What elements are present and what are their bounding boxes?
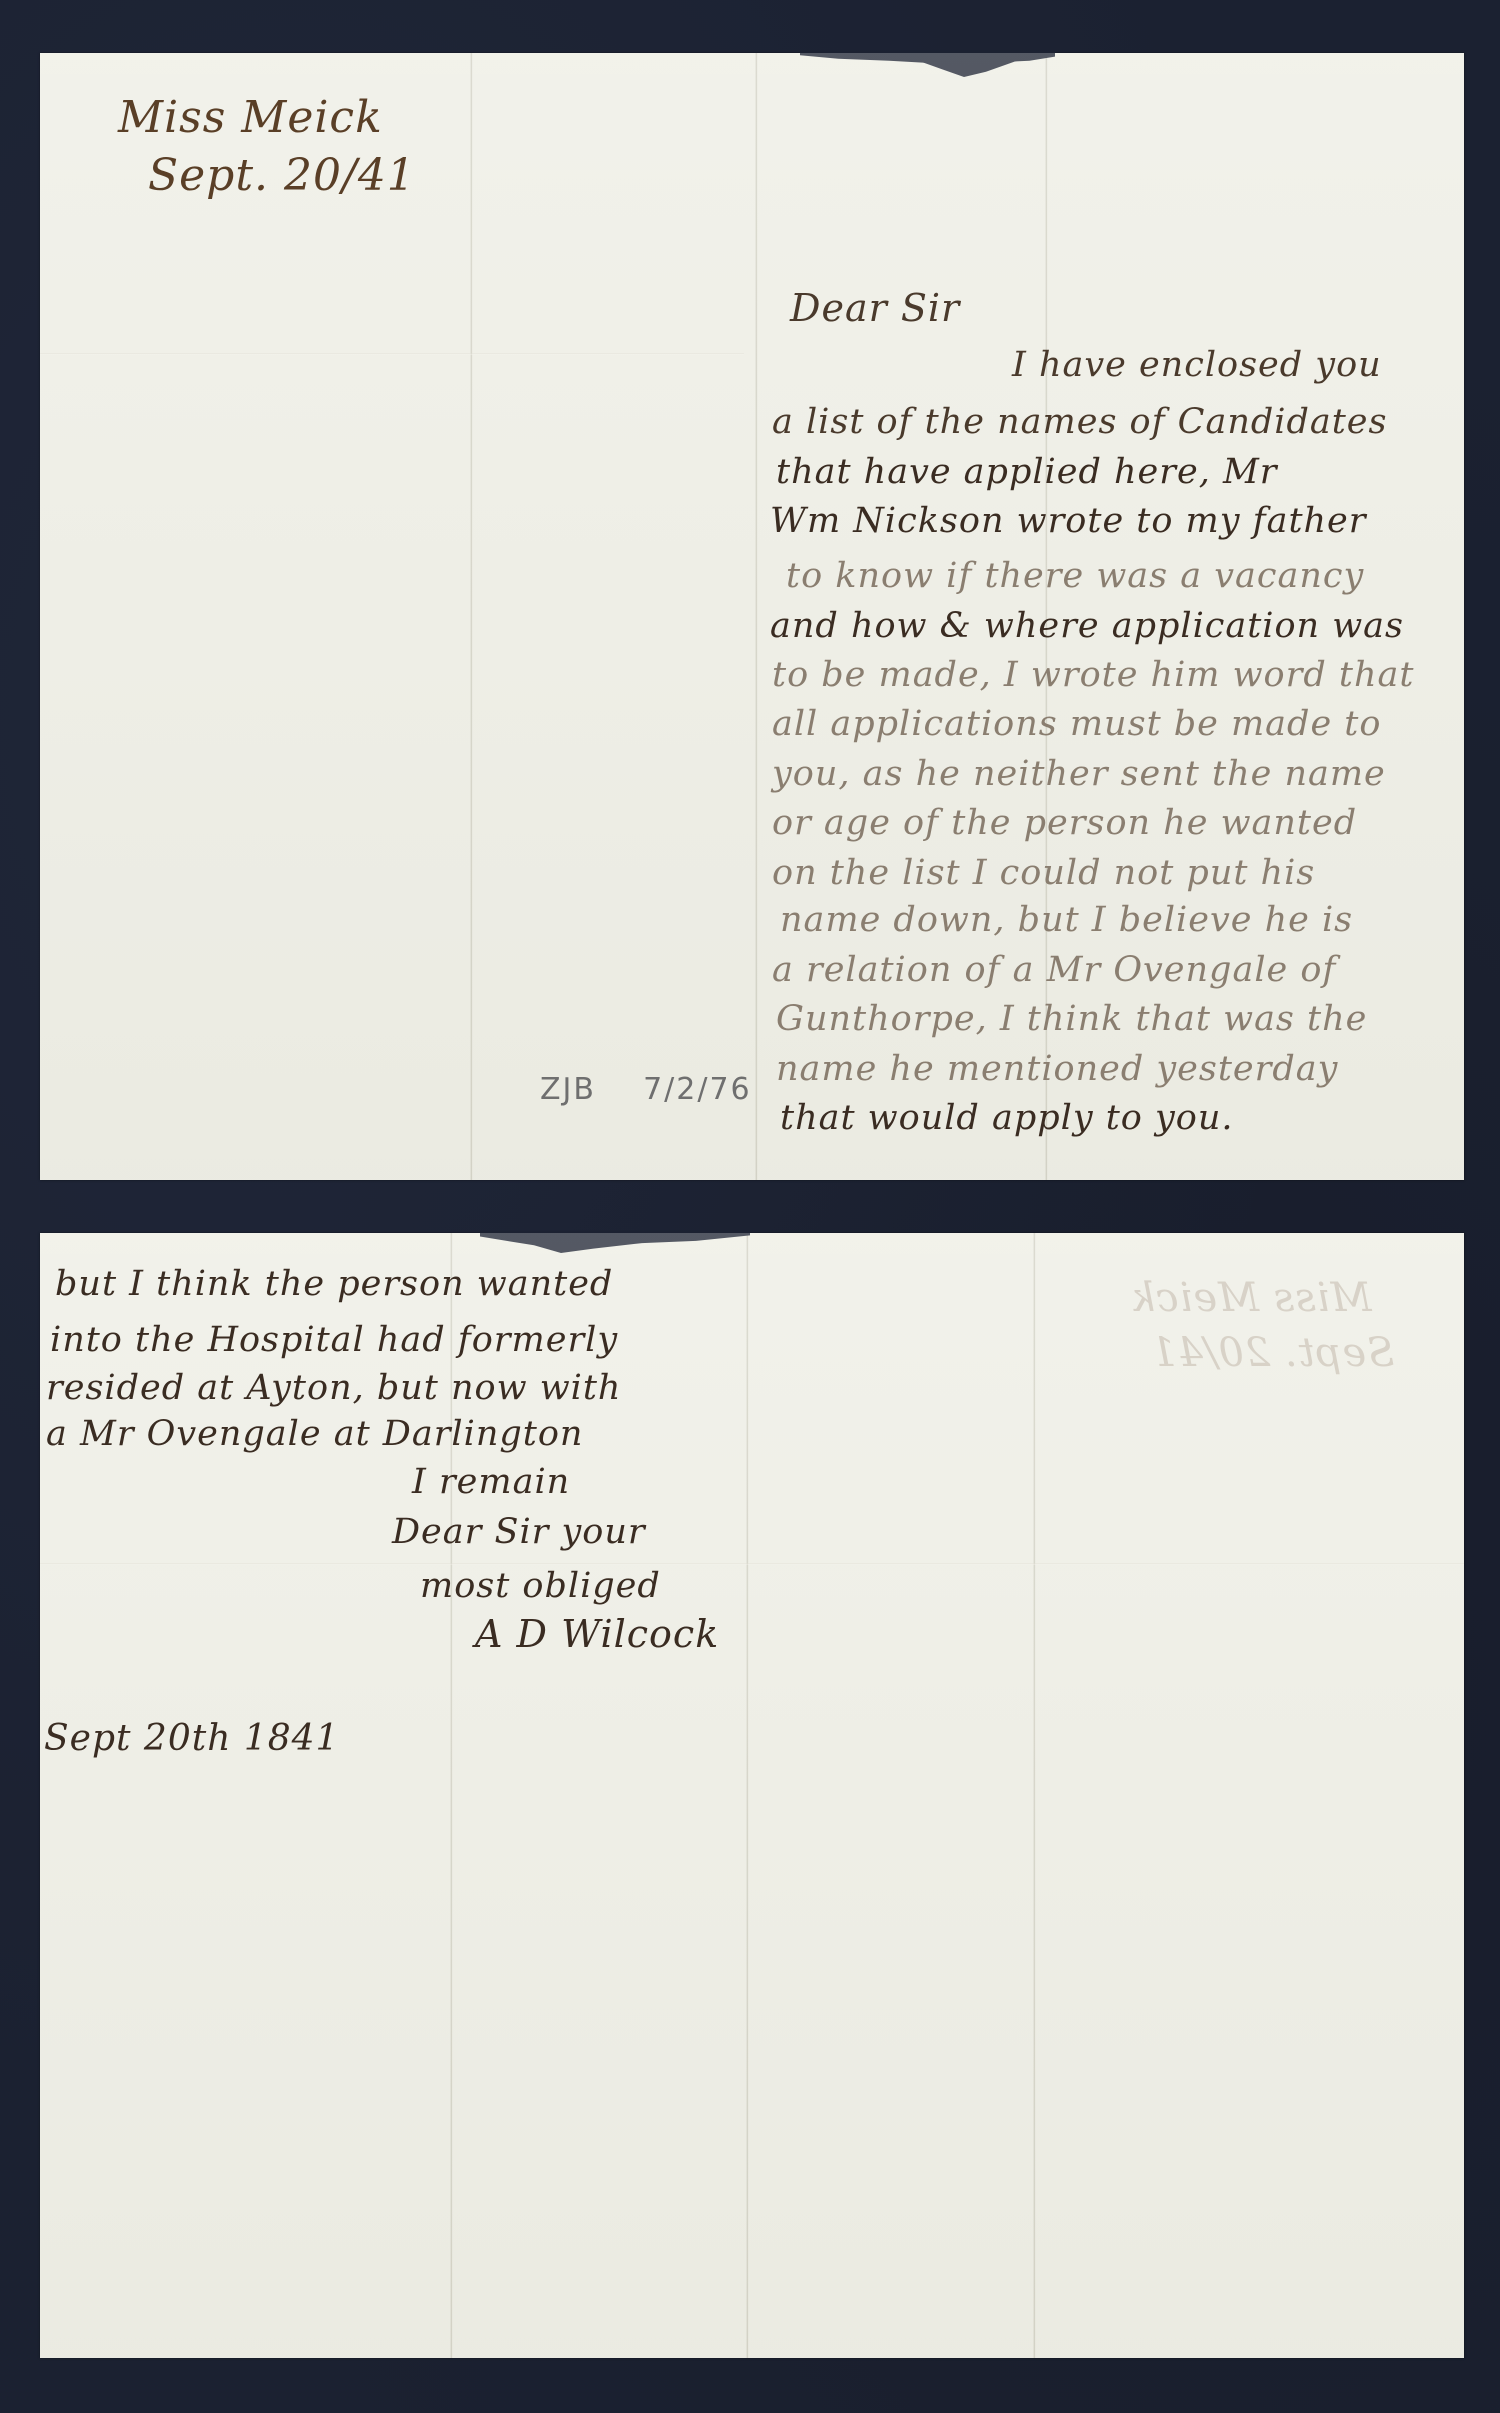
letter-line: you, as he neither sent the name <box>772 754 1386 794</box>
letter-line: Wm Nickson wrote to my father <box>770 501 1367 541</box>
docket-date: Sept. 20/41 <box>148 150 416 201</box>
letter-line: to know if there was a vacancy <box>786 556 1364 596</box>
pencil-date: 7/2/76 <box>643 1072 752 1107</box>
letter-line: to be made, I wrote him word that <box>772 655 1414 695</box>
salutation: Dear Sir <box>790 286 960 330</box>
letter-line: all applications must be made to <box>772 704 1381 744</box>
fold-line <box>1033 1233 1036 2358</box>
letter-line: resided at Ayton, but now with <box>46 1368 621 1408</box>
letter-line: that would apply to you. <box>780 1098 1234 1138</box>
letter-line: and how & where application was <box>770 606 1404 646</box>
pencil-initials: ZJB <box>540 1072 596 1107</box>
letter-line: on the list I could not put his <box>772 853 1315 893</box>
letter-line: I have enclosed you <box>1012 345 1382 385</box>
letter-line: a relation of a Mr Ovengale of <box>772 950 1336 990</box>
fold-line <box>470 53 473 1180</box>
letter-line: Gunthorpe, I think that was the <box>776 999 1367 1039</box>
letter-line: but I think the person wanted <box>55 1264 613 1304</box>
letter-line: name down, but I believe he is <box>780 900 1353 940</box>
letter-line: a list of the names of Candidates <box>772 402 1387 442</box>
fold-line <box>40 353 744 355</box>
fold-line <box>40 1563 1464 1565</box>
letter-line: a Mr Ovengale at Darlington <box>46 1414 583 1454</box>
letter-line: or age of the person he wanted <box>772 803 1357 843</box>
torn-edge <box>920 51 1030 77</box>
signature: A D Wilcock <box>475 1612 719 1656</box>
closing-line: Dear Sir your <box>392 1512 646 1552</box>
letter-line: that have applied here, Mr <box>776 452 1278 492</box>
pencil-archive-note: ZJB 7/2/76 <box>540 1072 752 1107</box>
letter-line: name he mentioned yesterday <box>776 1049 1338 1089</box>
offset-ghost-text: Miss Meick <box>1130 1275 1372 1321</box>
docket-name: Miss Meick <box>118 92 383 143</box>
fold-line <box>746 1233 749 2358</box>
letter-date: Sept 20th 1841 <box>44 1718 339 1759</box>
torn-edge <box>480 1231 750 1253</box>
offset-ghost-text: Sept. 20/41 <box>1150 1330 1394 1376</box>
fold-line <box>755 53 758 1180</box>
closing-line: most obliged <box>420 1566 661 1606</box>
closing-line: I remain <box>412 1462 570 1502</box>
letter-line: into the Hospital had formerly <box>50 1320 618 1360</box>
